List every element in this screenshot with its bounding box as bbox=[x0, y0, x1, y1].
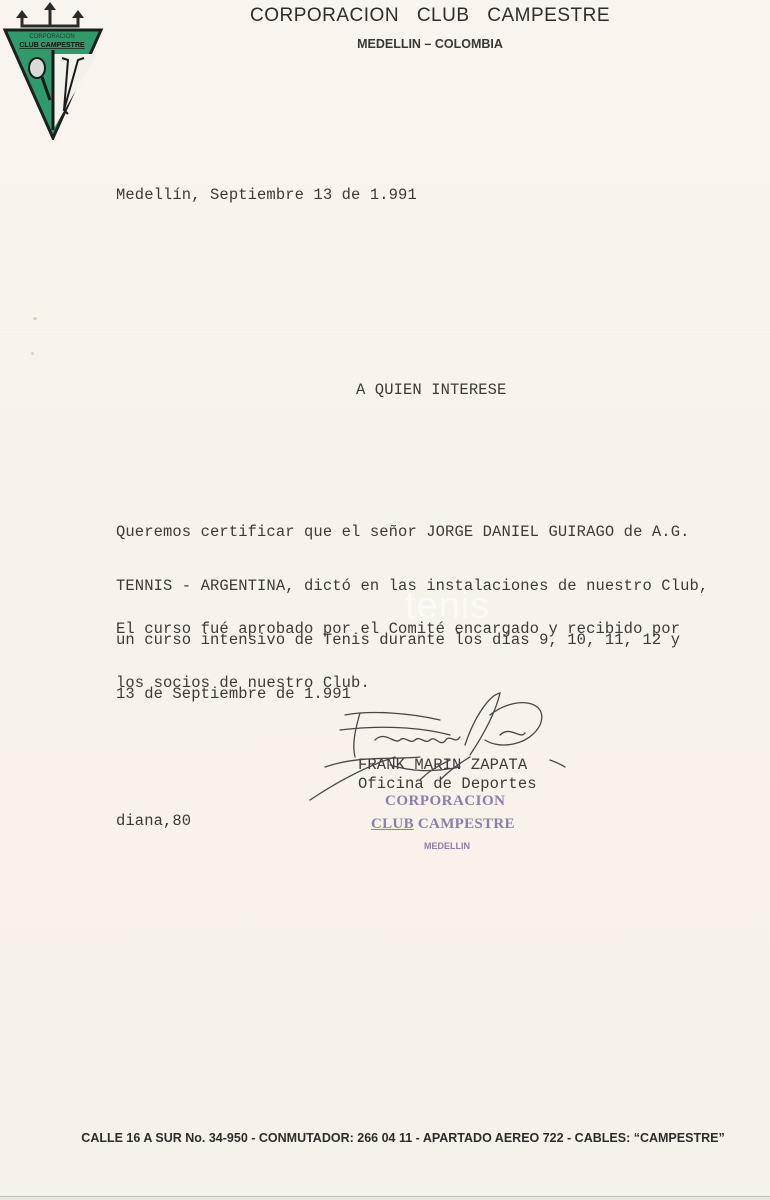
paper-speck bbox=[31, 352, 34, 355]
letterhead-footer: CALLE 16 A SUR No. 34-950 - CONMUTADOR: … bbox=[0, 1131, 770, 1145]
club-crest-icon: CORPORACION CLUB CAMPESTRE bbox=[2, 2, 104, 140]
paragraph-line: los socios de nuestro Club. bbox=[116, 674, 680, 692]
svg-text:CORPORACION: CORPORACION bbox=[29, 34, 74, 40]
paper-fold-line bbox=[0, 330, 770, 332]
signer-name: FRANK MARIN ZAPATA bbox=[358, 756, 527, 774]
stamp-line-3: MEDELLIN bbox=[424, 841, 470, 851]
paragraph-line: Queremos certificar que el señor JORGE D… bbox=[116, 523, 708, 541]
page-bottom-edge bbox=[0, 1196, 770, 1200]
paper-speck bbox=[33, 317, 37, 320]
letter-page: CORPORACION CLUB CAMPESTRE CORPORACION C… bbox=[0, 0, 770, 1196]
date-line: Medellín, Septiembre 13 de 1.991 bbox=[116, 186, 417, 204]
typist-reference: diana,80 bbox=[116, 812, 191, 830]
letterhead-title: CORPORACION CLUB CAMPESTRE bbox=[240, 5, 620, 27]
salutation: A QUIEN INTERESE bbox=[356, 381, 506, 399]
stamp-line-2: CLUB CAMPESTRE bbox=[371, 816, 515, 833]
signer-office: Oficina de Deportes bbox=[358, 775, 537, 793]
svg-text:CLUB CAMPESTRE: CLUB CAMPESTRE bbox=[19, 42, 85, 49]
letterhead-subtitle: MEDELLIN – COLOMBIA bbox=[240, 37, 620, 51]
stamp-line-1: CORPORACION bbox=[385, 793, 506, 810]
paragraph-line: El curso fué aprobado por el Comité enca… bbox=[116, 620, 680, 638]
body-paragraph-2: El curso fué aprobado por el Comité enca… bbox=[116, 584, 680, 728]
stamp-campestre: CAMPESTRE bbox=[414, 816, 515, 832]
stamp-club: CLUB bbox=[371, 816, 414, 832]
